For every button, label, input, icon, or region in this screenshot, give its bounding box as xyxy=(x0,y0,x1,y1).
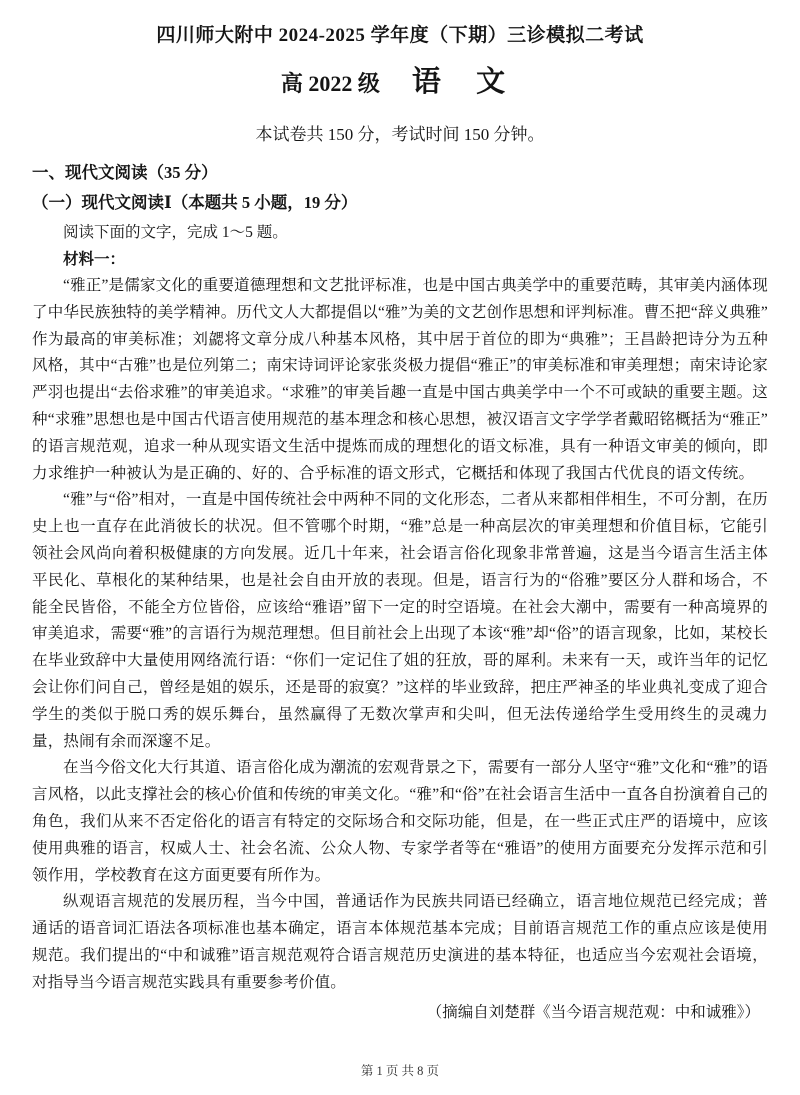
grade-subject-line: 高 2022 级 语 文 xyxy=(32,59,768,100)
exam-body: 一、现代文阅读（35 分） （一）现代文阅读Ⅰ（本题共 5 小题，19 分） 阅… xyxy=(32,159,768,1026)
exam-paper-page: 四川师大附中 2024-2025 学年度（下期）三诊模拟二考试 高 2022 级… xyxy=(0,0,800,1095)
section-1-heading: 一、现代文阅读（35 分） xyxy=(32,159,768,187)
subject-label: 语 文 xyxy=(412,66,519,98)
grade-label: 高 2022 级 xyxy=(281,71,380,96)
material-1-label: 材料一： xyxy=(32,246,768,273)
page-footer: 第 1 页 共 8 页 xyxy=(0,1061,800,1079)
material-1-paragraph-3: 在当今俗文化大行其道、语言俗化成为潮流的宏观背景之下，需要有一部分人坚守“雅”文… xyxy=(32,755,768,889)
page-number: 第 1 页 共 8 页 xyxy=(361,1064,439,1078)
exam-header: 四川师大附中 2024-2025 学年度（下期）三诊模拟二考试 高 2022 级… xyxy=(32,20,768,145)
exam-note: 本试卷共 150 分，考试时间 150 分钟。 xyxy=(32,120,768,145)
reading-instruction: 阅读下面的文字，完成 1～5 题。 xyxy=(32,219,768,246)
exam-title: 四川师大附中 2024-2025 学年度（下期）三诊模拟二考试 xyxy=(32,20,768,47)
subsection-1-heading: （一）现代文阅读Ⅰ（本题共 5 小题，19 分） xyxy=(32,189,768,217)
material-1-paragraph-4: 纵观语言规范的发展历程，当今中国，普通话作为民族共同语已经确立，语言地位规范已经… xyxy=(32,889,768,996)
material-1-paragraph-1: “雅正”是儒家文化的重要道德理想和文艺批评标准，也是中国古典美学中的重要范畴，其… xyxy=(32,273,768,487)
material-1-paragraph-2: “雅”与“俗”相对，一直是中国传统社会中两种不同的文化形态，二者从来都相伴相生，… xyxy=(32,487,768,755)
source-attribution: （摘编自刘楚群《当今语言规范观：中和诚雅》） xyxy=(32,999,768,1026)
